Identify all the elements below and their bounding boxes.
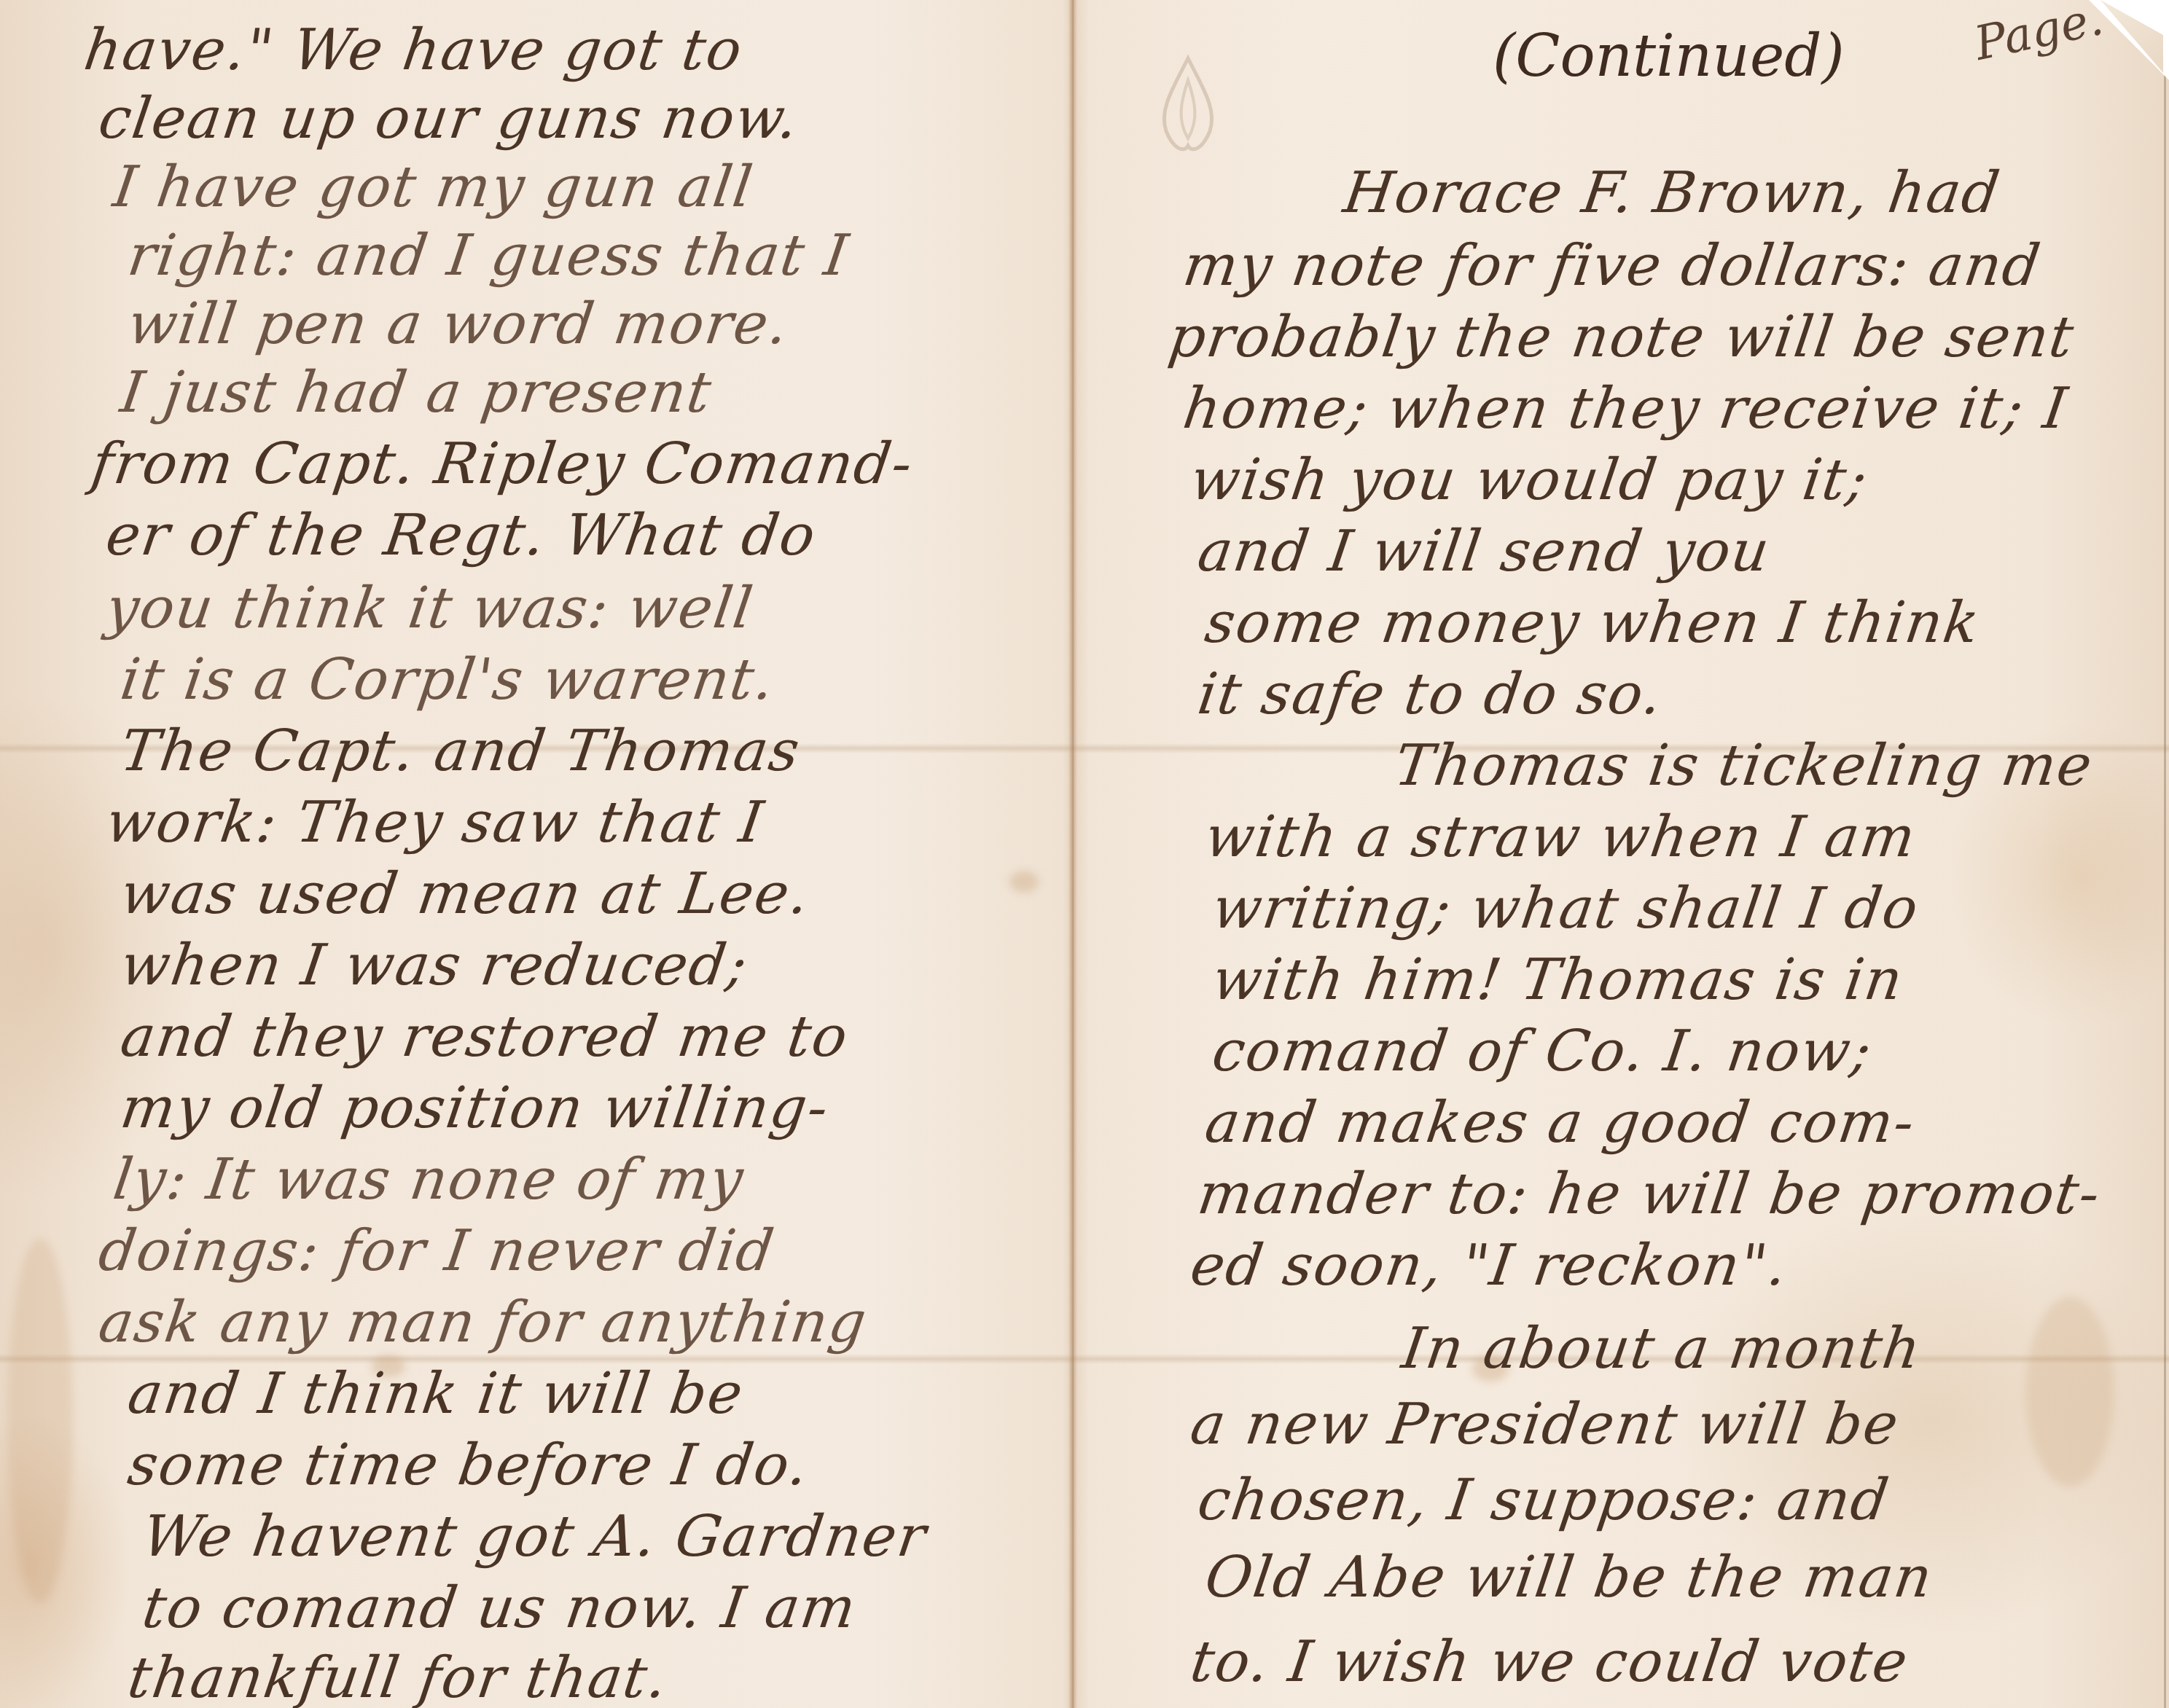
- handwritten-line: clean up our guns now.: [95, 86, 803, 152]
- handwritten-line: my note for five dollars: and: [1179, 233, 2045, 299]
- handwritten-line: ed soon, "I reckon".: [1187, 1233, 1792, 1298]
- handwritten-line: it is a Corpl's warent.: [117, 647, 779, 713]
- handwritten-line: with him! Thomas is in: [1208, 947, 1907, 1013]
- handwritten-line: some money when I think: [1201, 590, 1985, 656]
- handwritten-line: a new President will be: [1187, 1392, 1904, 1457]
- handwritten-line: will pen a word more.: [124, 291, 793, 357]
- handwritten-line: home; when they receive it; I: [1179, 376, 2072, 442]
- handwritten-line: chosen, I suppose: and: [1194, 1468, 1894, 1533]
- letter-spread: have." We have got to clean up our guns …: [0, 0, 2169, 1708]
- handwritten-line: ask any man for anything: [95, 1290, 872, 1355]
- handwritten-line: Thomas is tickeling me: [1391, 733, 2097, 799]
- right-page: (Continued) Page. 1 Horace F. Brown, had…: [1077, 0, 2169, 1708]
- handwritten-line: I just had a present: [117, 360, 716, 426]
- handwritten-line: and I will send you: [1194, 519, 1775, 584]
- continued-heading: (Continued): [1493, 22, 1845, 90]
- embossed-stamp-icon: [1144, 51, 1232, 160]
- handwritten-line: you think it was: well: [102, 576, 758, 641]
- handwritten-line: to comand us now. I am: [138, 1575, 861, 1641]
- left-page: have." We have got to clean up our guns …: [0, 0, 1068, 1708]
- handwritten-line: right: and I guess that I: [124, 223, 853, 289]
- handwritten-line: and they restored me to: [117, 1004, 853, 1070]
- handwritten-line: I have got my gun all: [109, 154, 757, 220]
- handwritten-line: to. I wish we could vote: [1187, 1629, 1912, 1695]
- handwritten-line: Horace F. Brown, had: [1340, 160, 2004, 226]
- handwritten-line: some time before I do.: [124, 1433, 813, 1498]
- handwritten-line: The Capt. and Thomas: [117, 718, 805, 784]
- handwritten-line: writing; what shall I do: [1208, 876, 1923, 941]
- handwritten-line: mander to: he will be promot-: [1194, 1161, 2105, 1227]
- handwritten-line: doings: for I never did: [95, 1218, 779, 1284]
- handwritten-line: wish you would pay it;: [1187, 447, 1872, 513]
- spine-fold: [1068, 0, 1077, 1708]
- handwritten-line: In about a month: [1398, 1316, 1926, 1382]
- handwritten-line: We havent got A. Gardner: [138, 1504, 931, 1570]
- handwritten-line: work: They saw that I: [102, 790, 768, 855]
- handwritten-line: my old position willing-: [117, 1076, 833, 1141]
- handwritten-line: when I was reduced;: [117, 933, 752, 998]
- handwritten-line: er of the Regt. What do: [102, 503, 821, 568]
- handwritten-line: from Capt. Ripley Comand-: [87, 431, 918, 497]
- handwritten-line: Old Abe will be the man: [1201, 1545, 1937, 1610]
- handwritten-line: and makes a good com-: [1201, 1090, 1920, 1156]
- handwritten-line: thankfull for that.: [124, 1645, 672, 1708]
- handwritten-line: comand of Co. I. now;: [1208, 1019, 1877, 1084]
- handwritten-line: have." We have got to: [80, 17, 747, 83]
- handwritten-line: with a straw when I am: [1201, 804, 1920, 870]
- handwritten-line: ly: It was none of my: [109, 1147, 749, 1213]
- handwritten-line: it safe to do so.: [1194, 662, 1667, 727]
- handwritten-line: probably the note will be sent: [1165, 305, 2079, 370]
- handwritten-line: and I think it will be: [124, 1361, 748, 1427]
- handwritten-line: was used mean at Lee.: [117, 861, 814, 927]
